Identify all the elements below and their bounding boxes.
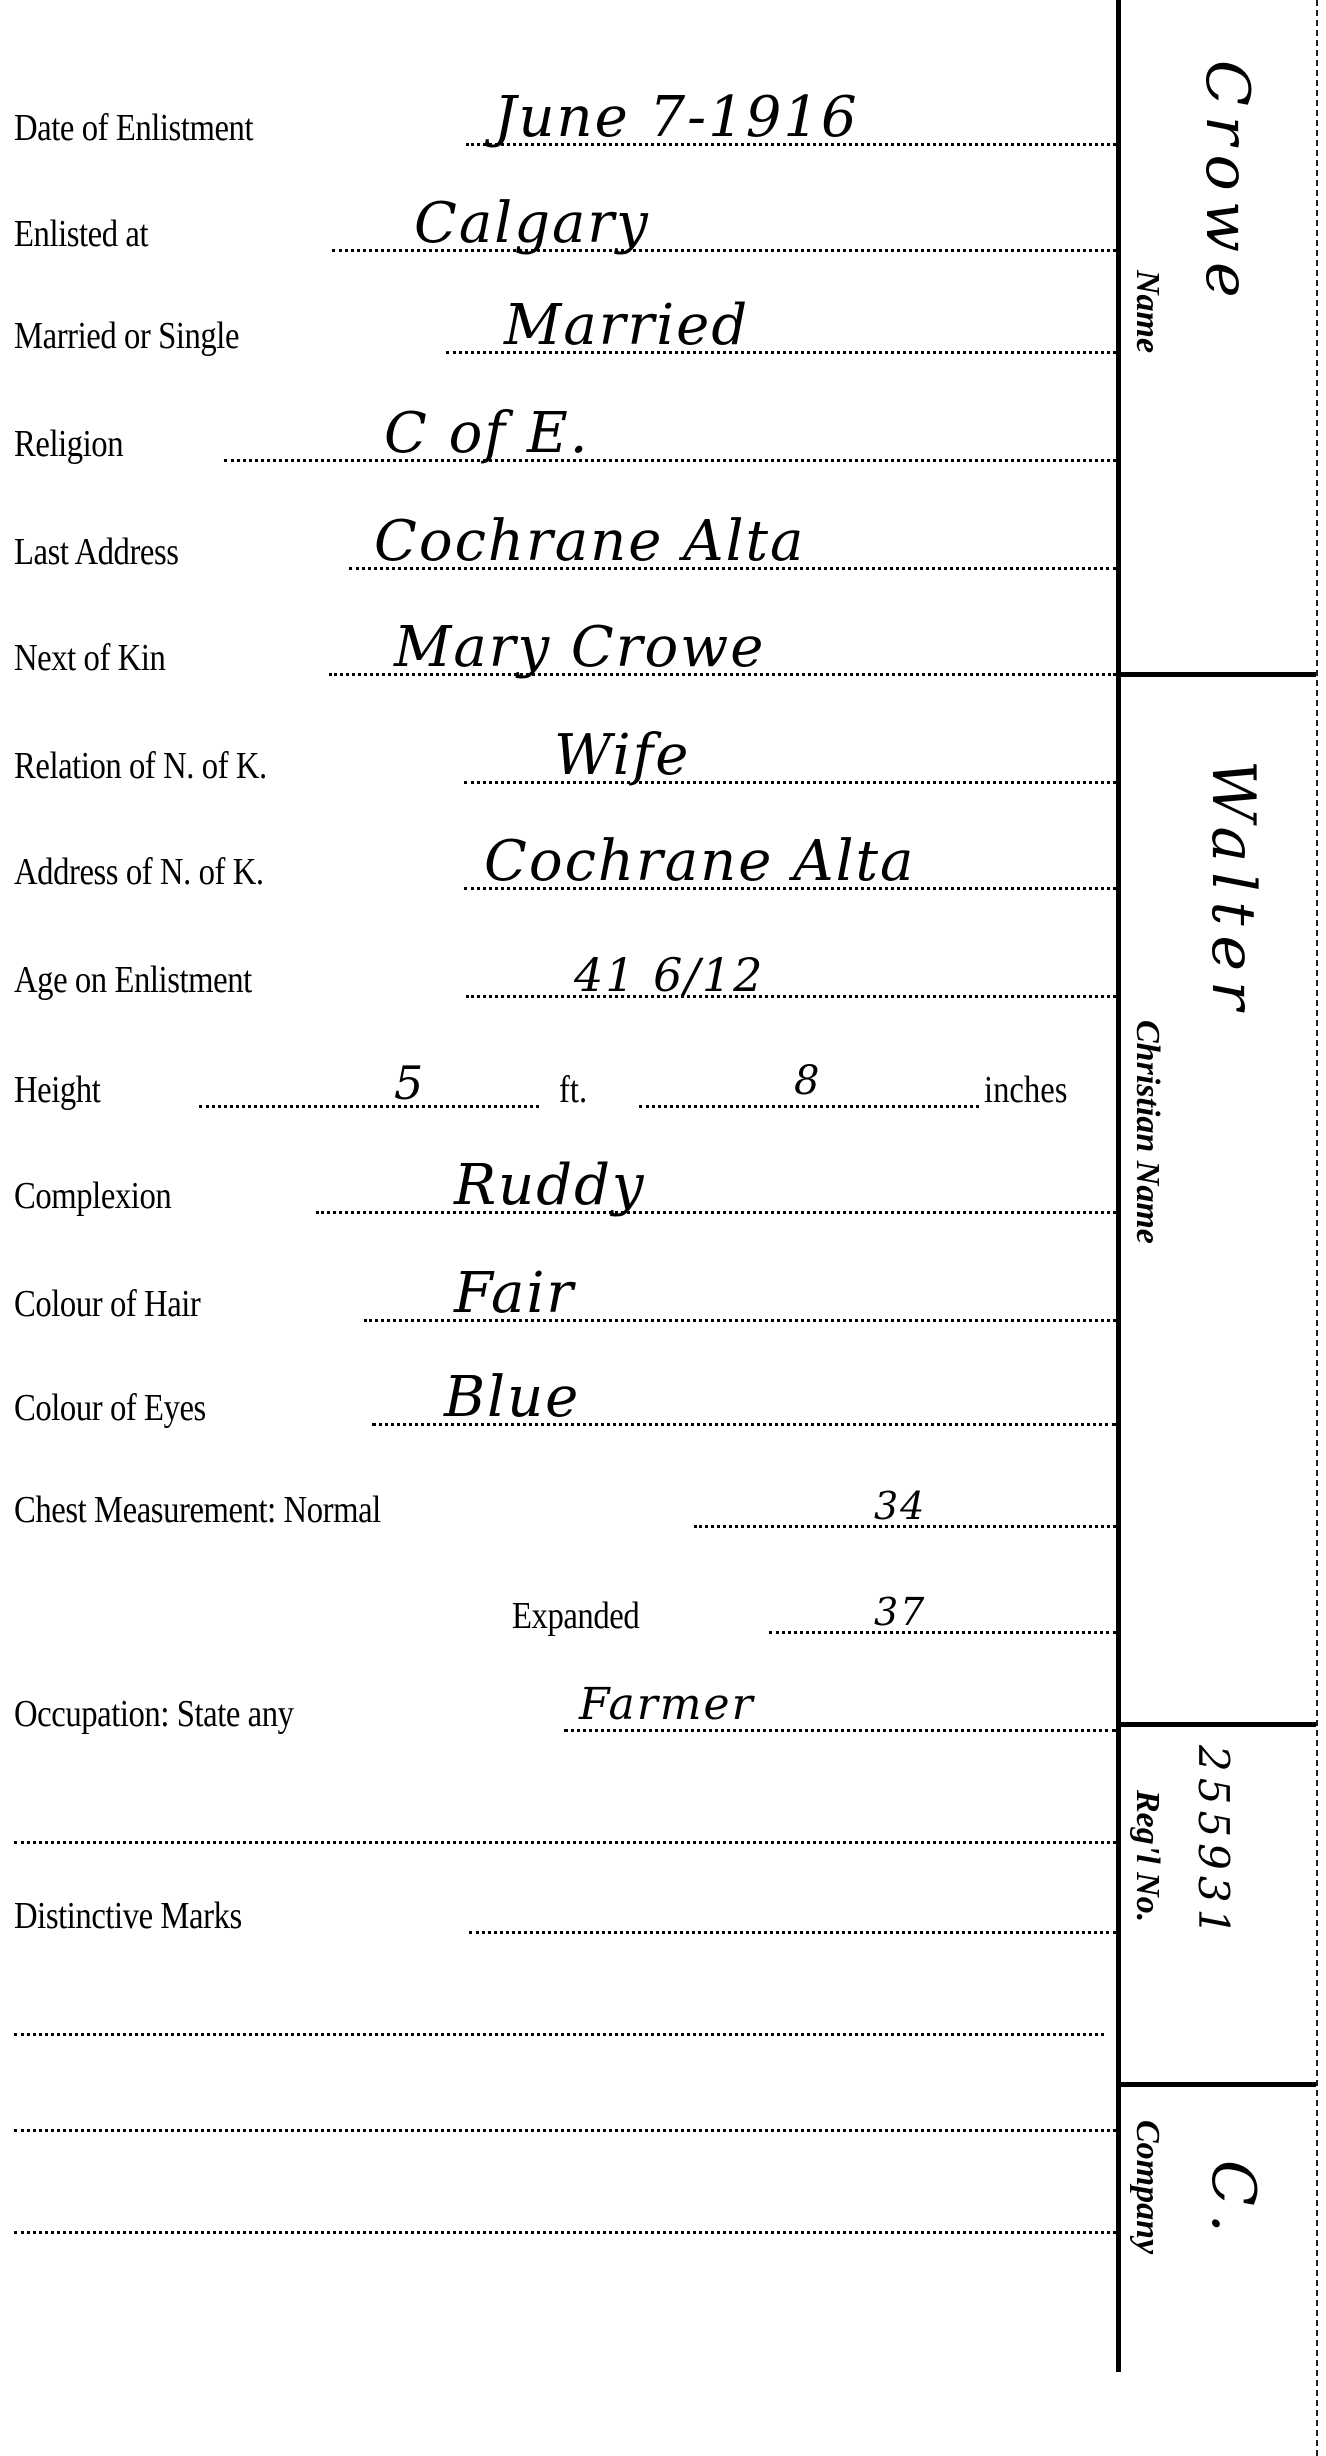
- dotted-line: [316, 1211, 1116, 1214]
- label-regl-no: Reg'l No.: [1128, 1790, 1166, 1922]
- value-next-of-kin[interactable]: Mary Crowe: [394, 615, 765, 680]
- field-occupation-continued: [14, 1794, 1114, 1854]
- dotted-line: [14, 2129, 1116, 2132]
- card-edge: [1316, 0, 1318, 2456]
- value-chest-normal[interactable]: 34: [874, 1484, 926, 1528]
- label-distinctive-marks: Distinctive Marks: [14, 1894, 242, 1938]
- label-next-of-kin: Next of Kin: [14, 636, 165, 680]
- label-height: Height: [14, 1068, 100, 1112]
- label-name: Name: [1128, 270, 1166, 353]
- value-religion[interactable]: C of E.: [384, 401, 590, 466]
- field-height: Height 5 ft. 8 inches: [14, 1058, 1114, 1118]
- field-married-or-single: Married or Single Married: [14, 304, 1114, 364]
- label-colour-of-hair: Colour of Hair: [14, 1282, 200, 1326]
- label-company: Company: [1128, 2120, 1166, 2254]
- value-height-in[interactable]: 8: [794, 1058, 821, 1104]
- value-complexion[interactable]: Ruddy: [454, 1153, 646, 1218]
- field-date-of-enlistment: Date of Enlistment June 7-1916: [14, 96, 1114, 156]
- field-distinctive-marks-line-2: [14, 1986, 1114, 2046]
- label-date-of-enlistment: Date of Enlistment: [14, 106, 253, 150]
- field-religion: Religion C of E.: [14, 412, 1114, 472]
- field-next-of-kin: Next of Kin Mary Crowe: [14, 626, 1114, 686]
- label-christian-name: Christian Name: [1128, 1020, 1166, 1244]
- dotted-line: [14, 2033, 1104, 2036]
- label-chest-expanded: Expanded: [512, 1594, 639, 1638]
- field-complexion: Complexion Ruddy: [14, 1164, 1114, 1224]
- field-colour-of-hair: Colour of Hair Fair: [14, 1272, 1114, 1332]
- value-age-on-enlistment[interactable]: 41 6/12: [574, 948, 764, 1002]
- rule-name: [1120, 672, 1316, 677]
- value-occupation[interactable]: Farmer: [579, 1679, 755, 1730]
- value-colour-of-eyes[interactable]: Blue: [444, 1365, 580, 1430]
- field-chest-normal: Chest Measurement: Normal 34: [14, 1478, 1114, 1538]
- label-complexion: Complexion: [14, 1174, 171, 1218]
- value-regl-no[interactable]: 255931: [1189, 1745, 1238, 1941]
- dotted-line: [14, 1841, 1116, 1844]
- label-enlisted-at: Enlisted at: [14, 212, 148, 256]
- field-distinctive-marks-line-3: [14, 2082, 1114, 2142]
- rule-regl-no: [1120, 2082, 1316, 2087]
- field-relation-nok: Relation of N. of K. Wife: [14, 734, 1114, 794]
- value-date-of-enlistment[interactable]: June 7-1916: [494, 85, 859, 150]
- label-chest-normal: Chest Measurement: Normal: [14, 1488, 381, 1532]
- field-last-address: Last Address Cochrane Alta: [14, 520, 1114, 580]
- field-distinctive-marks-line-4: [14, 2184, 1114, 2244]
- value-enlisted-at[interactable]: Calgary: [414, 191, 650, 256]
- label-last-address: Last Address: [14, 530, 179, 574]
- field-distinctive-marks: Distinctive Marks: [14, 1884, 1114, 1944]
- field-address-nok: Address of N. of K. Cochrane Alta: [14, 840, 1114, 900]
- label-age-on-enlistment: Age on Enlistment: [14, 958, 252, 1002]
- value-company[interactable]: C.: [1198, 2160, 1268, 2243]
- value-married-or-single[interactable]: Married: [504, 293, 749, 358]
- field-chest-expanded: Expanded 37: [14, 1584, 1114, 1644]
- unit-inches: inches: [984, 1068, 1067, 1112]
- value-chest-expanded[interactable]: 37: [874, 1590, 926, 1634]
- label-married-or-single: Married or Single: [14, 314, 239, 358]
- label-address-nok: Address of N. of K.: [14, 850, 264, 894]
- dotted-line: [224, 459, 1116, 462]
- label-occupation: Occupation: State any: [14, 1692, 294, 1736]
- field-age-on-enlistment: Age on Enlistment 41 6/12: [14, 948, 1114, 1008]
- dotted-line: [466, 995, 1116, 998]
- dotted-line: [469, 1931, 1116, 1934]
- value-address-nok[interactable]: Cochrane Alta: [484, 829, 915, 894]
- sidebar-divider: [1116, 0, 1121, 2372]
- field-occupation: Occupation: State any Farmer: [14, 1682, 1114, 1742]
- value-height-ft[interactable]: 5: [394, 1056, 425, 1110]
- label-colour-of-eyes: Colour of Eyes: [14, 1386, 206, 1430]
- value-relation-nok[interactable]: Wife: [554, 723, 690, 788]
- label-religion: Religion: [14, 422, 123, 466]
- value-name[interactable]: Crowe: [1192, 60, 1262, 308]
- field-colour-of-eyes: Colour of Eyes Blue: [14, 1376, 1114, 1436]
- label-relation-nok: Relation of N. of K.: [14, 744, 267, 788]
- dotted-line: [769, 1631, 1116, 1634]
- unit-ft: ft.: [559, 1068, 587, 1112]
- value-colour-of-hair[interactable]: Fair: [454, 1261, 575, 1326]
- value-christian-name[interactable]: Walter: [1198, 760, 1268, 1020]
- dotted-line: [199, 1105, 539, 1108]
- value-last-address[interactable]: Cochrane Alta: [374, 509, 805, 574]
- field-enlisted-at: Enlisted at Calgary: [14, 202, 1114, 262]
- rule-christian-name: [1120, 1722, 1316, 1727]
- dotted-line: [639, 1105, 979, 1108]
- dotted-line: [14, 2231, 1116, 2234]
